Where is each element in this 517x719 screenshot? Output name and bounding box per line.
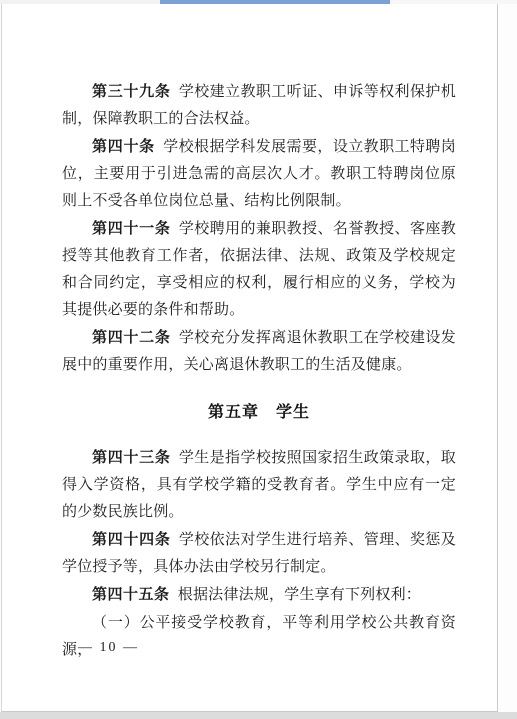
- article-number-label: 第四十四条: [92, 531, 179, 548]
- article-number-label: 第四十二条: [92, 329, 179, 346]
- article-number-label: 第三十九条: [92, 83, 179, 100]
- article-number-label: 第四十条: [92, 138, 163, 155]
- chapter-heading: 第五章 学生: [62, 399, 456, 426]
- article-paragraph: 第四十条学校根据学科发展需要，设立教职工特聘岗位，主要用于引进急需的高层次人才。…: [62, 133, 456, 215]
- article-number-label: 第四十五条: [92, 586, 178, 603]
- article-text: 根据法律法规，学生享有下列权利：: [178, 587, 421, 603]
- bottom-backdrop-strip: [0, 712, 517, 719]
- article-paragraph: 第三十九条学校建立教职工听证、申诉等权利保护机制，保障教职工的合法权益。: [62, 78, 456, 133]
- article-paragraph: 第四十一条学校聘用的兼职教授、名誉教授、客座教授等其他教育工作者，依据法律、法规…: [62, 215, 456, 324]
- article-number-label: 第四十三条: [92, 449, 179, 466]
- document-viewer: 第三十九条学校建立教职工听证、申诉等权利保护机制，保障教职工的合法权益。 第四十…: [0, 0, 517, 719]
- page-content: 第三十九条学校建立教职工听证、申诉等权利保护机制，保障教职工的合法权益。 第四十…: [62, 78, 456, 664]
- article-number-label: 第四十一条: [92, 220, 179, 237]
- article-paragraph: 第四十三条学生是指学校按照国家招生政策录取，取得入学资格，具有学校学籍的受教育者…: [62, 444, 456, 526]
- document-page: 第三十九条学校建立教职工听证、申诉等权利保护机制，保障教职工的合法权益。 第四十…: [1, 4, 498, 712]
- page-number: — 10 —: [78, 640, 139, 656]
- article-paragraph: 第四十二条学校充分发挥离退休教职工在学校建设发展中的重要作用，关心离退休教职工的…: [62, 324, 456, 379]
- article-paragraph: 第四十四条学校依法对学生进行培养、管理、奖惩及学位授予等，具体办法由学校另行制定…: [62, 526, 456, 581]
- article-paragraph: 第四十五条根据法律法规，学生享有下列权利：: [62, 581, 456, 609]
